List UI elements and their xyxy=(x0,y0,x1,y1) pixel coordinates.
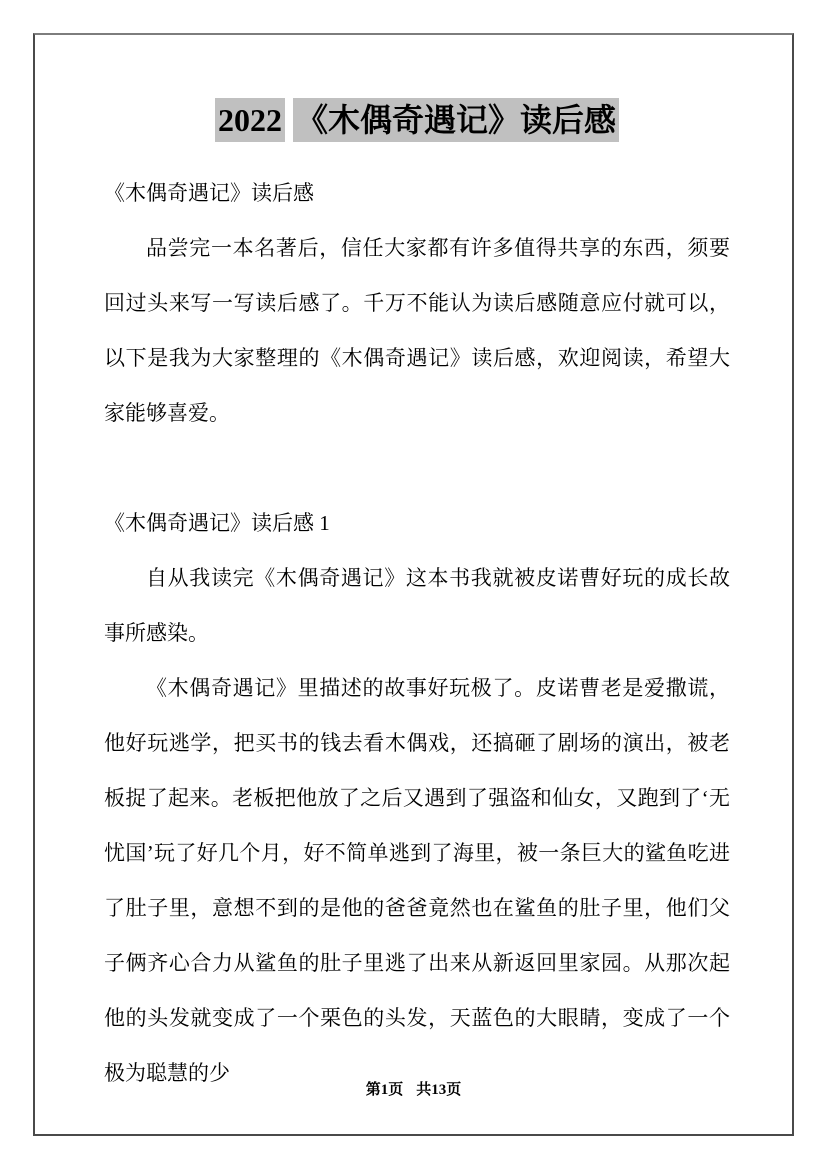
page-number: 第1页 xyxy=(366,1082,404,1098)
document-page: 2022《木偶奇遇记》读后感 《木偶奇遇记》读后感 品尝完一本名著后，信任大家都… xyxy=(0,0,827,1170)
page-footer: 第1页共13页 xyxy=(0,1080,827,1100)
intro-paragraph: 品尝完一本名著后，信任大家都有许多值得共享的东西，须要回过头来写一写读后感了。千… xyxy=(104,221,730,441)
total-pages: 共13页 xyxy=(416,1082,461,1098)
document-body: 《木偶奇遇记》读后感 品尝完一本名著后，信任大家都有许多值得共享的东西，须要回过… xyxy=(104,166,730,1101)
title-text-highlight: 《木偶奇遇记》读后感 xyxy=(293,98,619,142)
section-heading: 《木偶奇遇记》读后感 1 xyxy=(104,496,730,551)
document-title: 2022《木偶奇遇记》读后感 xyxy=(104,97,730,143)
page-content: 2022《木偶奇遇记》读后感 《木偶奇遇记》读后感 品尝完一本名著后，信任大家都… xyxy=(104,35,730,1101)
paragraph: 自从我读完《木偶奇遇记》这本书我就被皮诺曹好玩的成长故事所感染。 xyxy=(104,551,730,661)
title-year-highlight: 2022 xyxy=(215,98,285,142)
subtitle: 《木偶奇遇记》读后感 xyxy=(104,166,730,221)
paragraph: 《木偶奇遇记》里描述的故事好玩极了。皮诺曹老是爱撒谎，他好玩逃学，把买书的钱去看… xyxy=(104,661,730,1101)
